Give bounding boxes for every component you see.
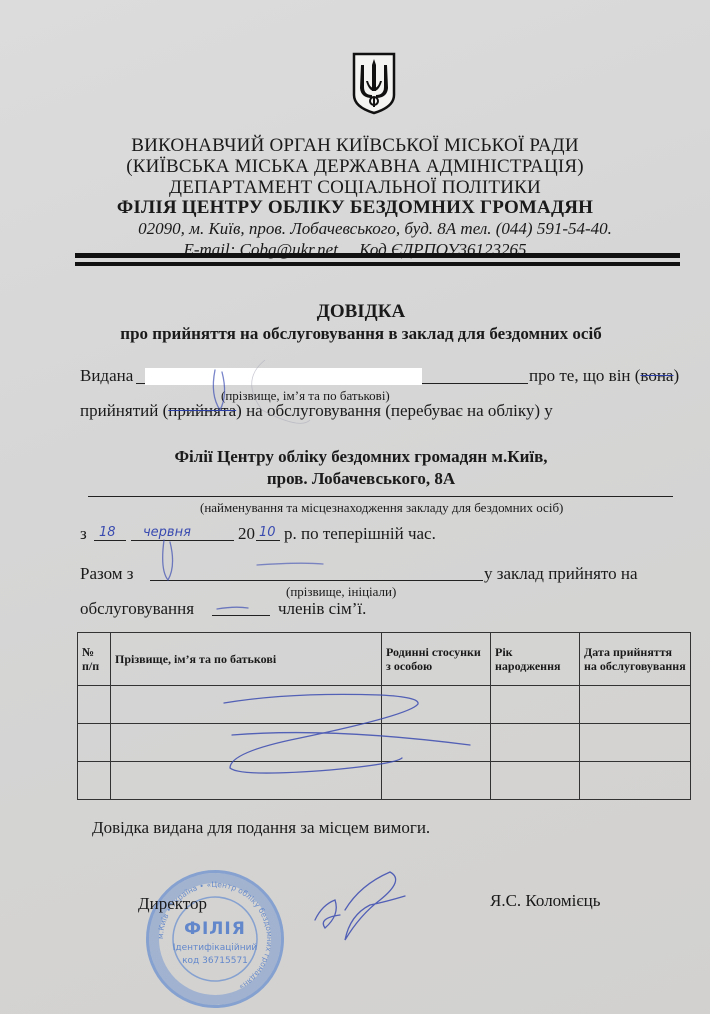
- stamp-ring: м.Київ • Україна • «Центр обліку бездомн…: [149, 873, 281, 1005]
- footer-note: Довідка видана для подання за місцем вим…: [92, 818, 430, 838]
- signature-name: Я.С. Коломієць: [490, 891, 600, 911]
- signature-role: Директор: [138, 894, 207, 914]
- stamp-code: код 36715571: [149, 956, 281, 966]
- stamp-title: ФІЛІЯ: [149, 919, 281, 939]
- official-stamp: м.Київ • Україна • «Центр обліку бездомн…: [146, 870, 284, 1008]
- handwritten-strokes: [0, 0, 710, 1014]
- stamp-subtitle: Ідентифікаційний: [149, 943, 281, 953]
